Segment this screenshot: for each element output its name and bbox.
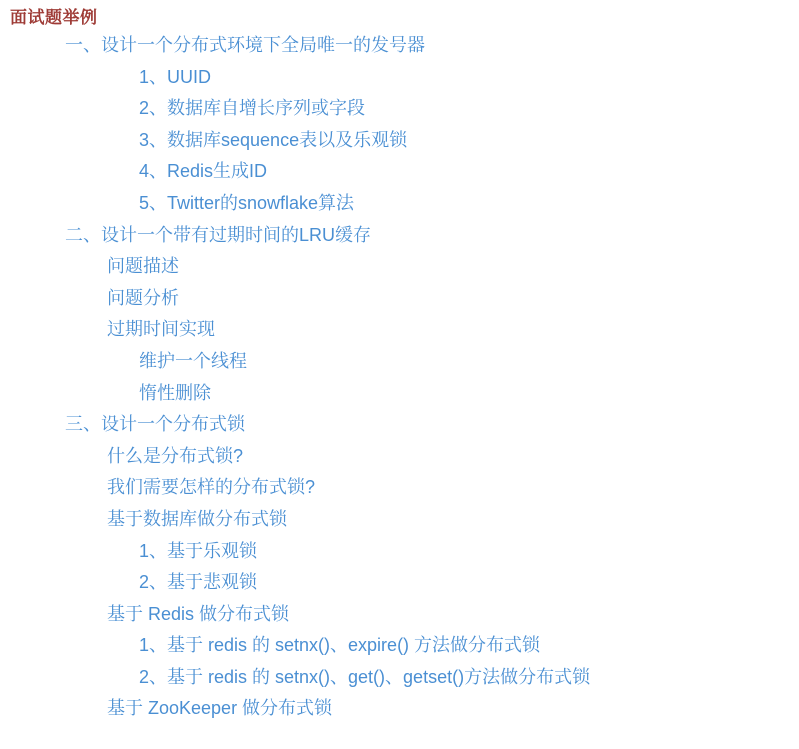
toc-link[interactable]: 基于 ZooKeeper 做分布式锁 <box>0 693 799 725</box>
toc-list: 一、设计一个分布式环境下全局唯一的发号器1、UUID2、数据库自增长序列或字段3… <box>0 30 799 725</box>
toc-link[interactable]: 惰性删除 <box>0 378 799 410</box>
toc-link[interactable]: 2、基于 redis 的 setnx()、get()、getset()方法做分布… <box>0 662 799 694</box>
toc-link[interactable]: 2、基于悲观锁 <box>0 567 799 599</box>
toc-link[interactable]: 3、数据库sequence表以及乐观锁 <box>0 125 799 157</box>
toc-link[interactable]: 一、设计一个分布式环境下全局唯一的发号器 <box>0 30 799 62</box>
toc-link[interactable]: 二、设计一个带有过期时间的LRU缓存 <box>0 220 799 252</box>
toc-link[interactable]: 维护一个线程 <box>0 346 799 378</box>
toc-link[interactable]: 1、基于 redis 的 setnx()、expire() 方法做分布式锁 <box>0 630 799 662</box>
toc-link[interactable]: 我们需要怎样的分布式锁? <box>0 472 799 504</box>
toc-link[interactable]: 基于数据库做分布式锁 <box>0 504 799 536</box>
toc-link[interactable]: 三、设计一个分布式锁 <box>0 409 799 441</box>
toc-link[interactable]: 4、Redis生成ID <box>0 156 799 188</box>
toc-link[interactable]: 过期时间实现 <box>0 314 799 346</box>
toc-link[interactable]: 1、基于乐观锁 <box>0 536 799 568</box>
document-page: 面试题举例 一、设计一个分布式环境下全局唯一的发号器1、UUID2、数据库自增长… <box>0 0 799 749</box>
toc-link[interactable]: 1、UUID <box>0 62 799 94</box>
page-title: 面试题举例 <box>0 0 799 30</box>
toc-link[interactable]: 问题分析 <box>0 283 799 315</box>
toc-link[interactable]: 什么是分布式锁? <box>0 441 799 473</box>
toc-link[interactable]: 2、数据库自增长序列或字段 <box>0 93 799 125</box>
toc-link[interactable]: 5、Twitter的snowflake算法 <box>0 188 799 220</box>
toc-link[interactable]: 问题描述 <box>0 251 799 283</box>
toc-link[interactable]: 基于 Redis 做分布式锁 <box>0 599 799 631</box>
